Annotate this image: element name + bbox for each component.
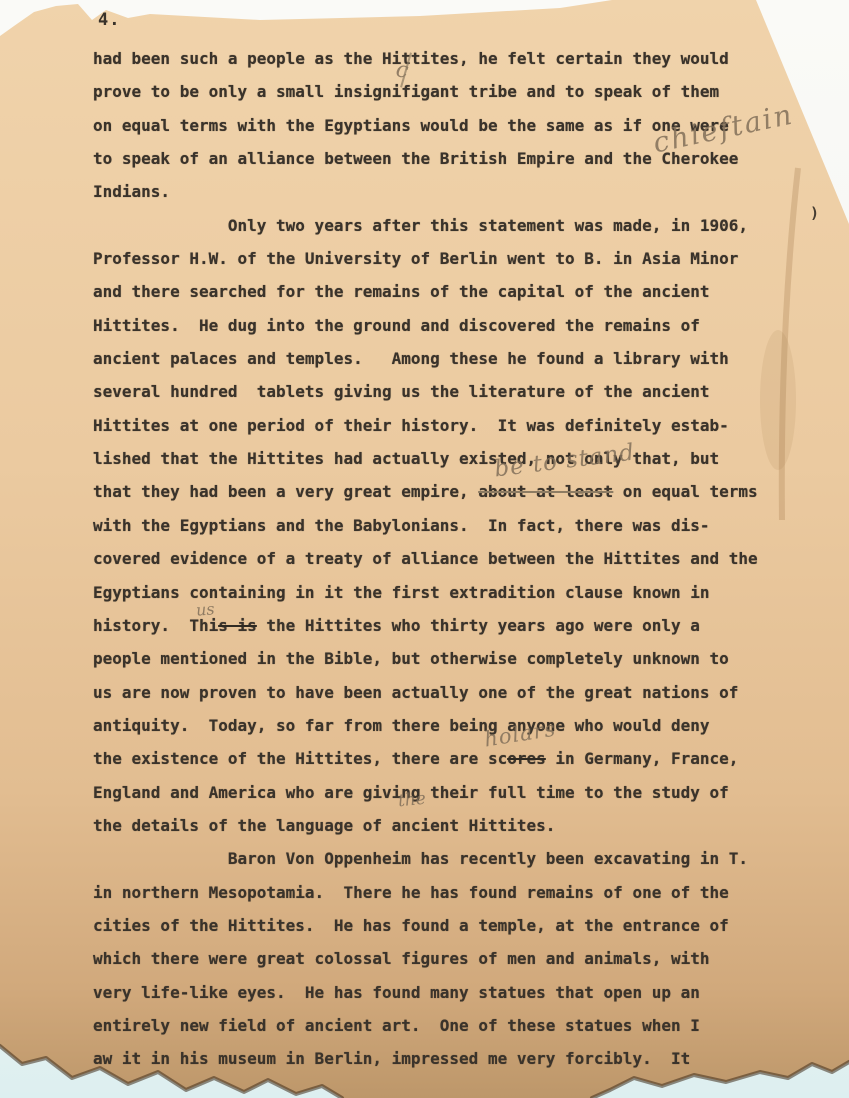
stray-paren-mark: ): [810, 204, 819, 222]
typed-line: and there searched for the remains of th…: [93, 275, 793, 308]
pencil-annotation-us: us: [195, 599, 215, 620]
typed-line: people mentioned in the Bible, but other…: [93, 642, 793, 675]
typed-line: lished that the Hittites had actually ex…: [93, 442, 793, 475]
typed-text: had been such a people as the Hittites, …: [93, 42, 793, 1076]
typed-line: in northern Mesopotamia. There he has fo…: [93, 876, 793, 909]
typed-line: prove to be only a small insignifigant t…: [93, 75, 793, 108]
typed-line: England and America who are giving their…: [93, 776, 793, 809]
typed-line: very life-like eyes. He has found many s…: [93, 976, 793, 1009]
typed-line: covered evidence of a treaty of alliance…: [93, 542, 793, 575]
typed-line: which there were great colossal figures …: [93, 942, 793, 975]
typed-line: with the Egyptians and the Babylonians. …: [93, 509, 793, 542]
manuscript-page: 4. had been such a people as the Hittite…: [0, 0, 849, 1098]
typed-line: cities of the Hittites. He has found a t…: [93, 909, 793, 942]
typed-line: entirely new field of ancient art. One o…: [93, 1009, 793, 1042]
typed-line: the details of the language of ancient H…: [93, 809, 793, 842]
typed-line: Baron Von Oppenheim has recently been ex…: [93, 842, 793, 875]
typed-line: aw it in his museum in Berlin, impressed…: [93, 1042, 793, 1075]
typed-line: Indians.: [93, 175, 793, 208]
typed-line: ancient palaces and temples. Among these…: [93, 342, 793, 375]
typed-line: antiquity. Today, so far from there bein…: [93, 709, 793, 742]
typed-line: several hundred tablets giving us the li…: [93, 375, 793, 408]
page-number: 4.: [98, 10, 120, 30]
typed-line: Hittites at one period of their history.…: [93, 409, 793, 442]
typed-line: Professor H.W. of the University of Berl…: [93, 242, 793, 275]
typed-line: had been such a people as the Hittites, …: [93, 42, 793, 75]
pencil-annotation-the: the: [397, 789, 427, 812]
typed-line: that they had been a very great empire, …: [93, 475, 793, 508]
typed-line: us are now proven to have been actually …: [93, 676, 793, 709]
typed-line: Only two years after this statement was …: [93, 209, 793, 242]
typed-line: the existence of the Hittites, there are…: [93, 742, 793, 775]
typed-line: Hittites. He dug into the ground and dis…: [93, 309, 793, 342]
